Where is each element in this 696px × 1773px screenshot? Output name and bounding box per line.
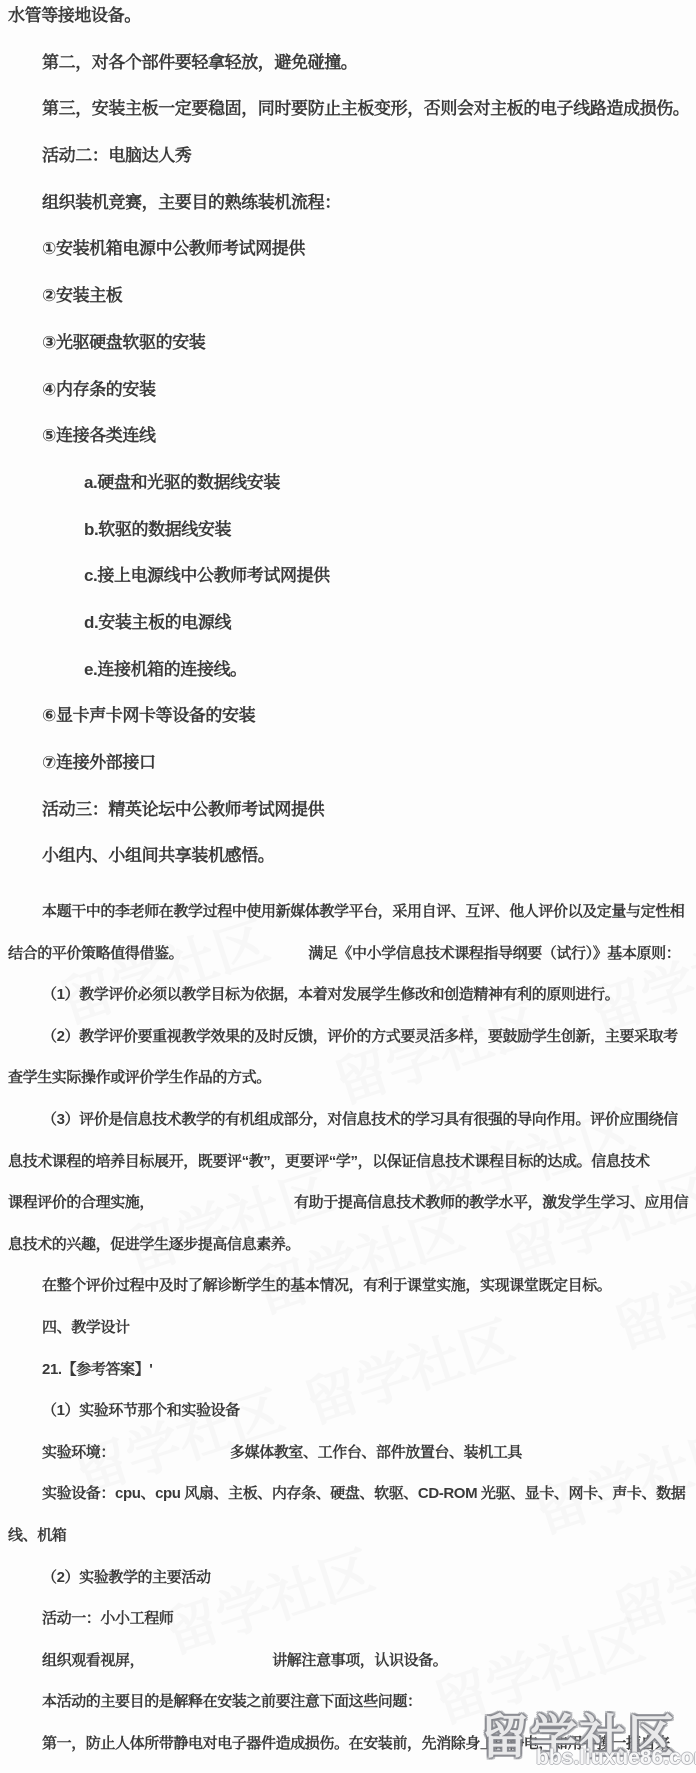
text-run: （2）实验教学的主要活动 (42, 1569, 211, 1586)
document-line: 四、教学设计 (8, 1318, 696, 1360)
text-run: d.安装主板的电源线 (84, 613, 231, 632)
document-line: b.软驱的数据线安装 (8, 519, 696, 566)
document-line: ⑦连接外部接口 (8, 752, 696, 799)
text-run: 第二，对各个部件要轻拿轻放，避免碰撞。 (42, 53, 357, 72)
text-run: 课程评价的合理实施， (8, 1194, 154, 1211)
document-line: （1）教学评价必须以教学目标为依据，本着对发展学生修改和创造精神有利的原则进行。 (8, 985, 696, 1027)
text-run: 多媒体教室、工作台、部件放置台、装机工具 (230, 1444, 522, 1461)
text-run: 本活动的主要目的是解释在安装之前要注意下面这些问题： (42, 1693, 422, 1710)
document-line: d.安装主板的电源线 (8, 612, 696, 659)
document-line: （1）实验环节那个和实验设备 (8, 1401, 696, 1443)
text-run: 有助于提高信息技术教师的教学水平，激发学生学习、应用信 (294, 1194, 688, 1211)
document-line: 课程评价的合理实施，有助于提高信息技术教师的教学水平，激发学生学习、应用信 (8, 1193, 696, 1235)
document-line: ②安装主板 (8, 285, 696, 332)
document-line: 在整个评价过程中及时了解诊断学生的基本情况，有利于课堂实施，实现课堂既定目标。 (8, 1276, 696, 1318)
text-run: 查学生实际操作或评价学生作品的方式。 (8, 1069, 271, 1086)
text-run: 结合的平价策略值得借鉴。 (8, 945, 183, 962)
text-run: ①安装机箱电源中公教师考试网提供 (42, 239, 305, 258)
whitespace-gap (144, 1664, 272, 1665)
document-line: 本题干中的李老师在教学过程中使用新媒体教学平台，采用自评、互评、他人评价以及定量… (8, 902, 696, 944)
text-run: 第三，安装主板一定要稳固，同时要防止主板变形，否则会对主板的电子线路造成损伤。 (42, 99, 689, 118)
text-run: ⑦连接外部接口 (42, 753, 156, 772)
text-run: b.软驱的数据线安装 (84, 520, 231, 539)
text-run: 四、教学设计 (42, 1319, 130, 1336)
text-run: 讲解注意事项，认识设备。 (272, 1652, 447, 1669)
text-run: 小组内、小组间共享装机感悟。 (42, 846, 274, 865)
text-run: c.接上电源线中公教师考试网提供 (84, 566, 330, 585)
document-line: 实验环境：多媒体教室、工作台、部件放置台、装机工具 (8, 1443, 696, 1485)
document-line: 活动二：电脑达人秀 (8, 145, 696, 192)
document-line: （3）评价是信息技术教学的有机组成部分，对信息技术的学习具有很强的导向作用。评价… (8, 1110, 696, 1152)
document-content: 水管等接地设备。第二，对各个部件要轻拿轻放，避免碰撞。第三，安装主板一定要稳固，… (8, 5, 696, 1773)
document-line: （2）实验教学的主要活动 (8, 1568, 696, 1610)
document-page: 留学社区留学社区留学社区留学社区留学社区留学社区留学社区留学社区留学社区留学社区… (0, 0, 696, 1773)
text-run: ②安装主板 (42, 286, 122, 305)
text-run: 实验设备：cpu、cpu 风扇、主板、内存条、硬盘、软驱、CD-ROM 光驱、显… (42, 1485, 685, 1502)
document-line: ④内存条的安装 (8, 379, 696, 426)
document-line: 第三，安装主板一定要稳固，同时要防止主板变形，否则会对主板的电子线路造成损伤。 (8, 98, 696, 145)
document-line: 查学生实际操作或评价学生作品的方式。 (8, 1068, 696, 1110)
text-run: e.连接机箱的连接线。 (84, 660, 247, 679)
document-section: 本题干中的李老师在教学过程中使用新媒体教学平台，采用自评、互评、他人评价以及定量… (8, 902, 696, 1773)
document-line: 活动三：精英论坛中公教师考试网提供 (8, 799, 696, 846)
text-run: （1）教学评价必须以教学目标为依据，本着对发展学生修改和创造精神有利的原则进行。 (42, 986, 619, 1003)
document-line: 活动一：小小工程师 (8, 1609, 696, 1651)
document-line: ③光驱硬盘软驱的安装 (8, 332, 696, 379)
document-line: 组织装机竞赛，主要目的熟练装机流程： (8, 192, 696, 239)
whitespace-gap (154, 1206, 294, 1207)
text-run: 组织装机竞赛，主要目的熟练装机流程： (42, 193, 341, 212)
text-run: 活动二：电脑达人秀 (42, 146, 191, 165)
text-run: ③光驱硬盘软驱的安装 (42, 333, 205, 352)
document-section: 水管等接地设备。第二，对各个部件要轻拿轻放，避免碰撞。第三，安装主板一定要稳固，… (8, 5, 696, 892)
whitespace-gap (115, 1456, 230, 1457)
document-line: 息技术的兴趣，促进学生逐步提高信息素养。 (8, 1235, 696, 1277)
text-run: 息技术的兴趣，促进学生逐步提高信息素养。 (8, 1236, 300, 1253)
document-line: a.硬盘和光驱的数据线安装 (8, 472, 696, 519)
text-run: （3）评价是信息技术教学的有机组成部分，对信息技术的学习具有很强的导向作用。评价… (42, 1111, 678, 1128)
document-line: ①安装机箱电源中公教师考试网提供 (8, 238, 696, 285)
text-run: 水管等接地设备。 (8, 6, 141, 25)
document-line: 组织观看视屏，讲解注意事项，认识设备。 (8, 1651, 696, 1693)
document-line: 小组内、小组间共享装机感悟。 (8, 845, 696, 892)
text-run: 在整个评价过程中及时了解诊断学生的基本情况，有利于课堂实施，实现课堂既定目标。 (42, 1277, 611, 1294)
text-run: 活动三：精英论坛中公教师考试网提供 (42, 800, 324, 819)
text-run: 组织观看视屏， (42, 1652, 144, 1669)
text-run: （2）教学评价要重视教学效果的及时反馈，评价的方式要灵活多样，要鼓励学生创新，主… (42, 1028, 678, 1045)
document-line: 实验设备：cpu、cpu 风扇、主板、内存条、硬盘、软驱、CD-ROM 光驱、显… (8, 1484, 696, 1526)
document-line: 第二，对各个部件要轻拿轻放，避免碰撞。 (8, 52, 696, 99)
document-line: 水管等接地设备。 (8, 5, 696, 52)
text-run: 满足《中小学信息技术课程指导纲要（试行）》基本原则： (308, 945, 680, 962)
text-run: 活动一：小小工程师 (42, 1610, 173, 1627)
text-run: ⑤连接各类连线 (42, 426, 156, 445)
document-line: （2）教学评价要重视教学效果的及时反馈，评价的方式要灵活多样，要鼓励学生创新，主… (8, 1027, 696, 1069)
text-run: 21.【参考答案】' (42, 1361, 152, 1378)
document-line: 结合的平价策略值得借鉴。满足《中小学信息技术课程指导纲要（试行）》基本原则： (8, 944, 696, 986)
document-line: 线、机箱 (8, 1526, 696, 1568)
document-line: 息技术课程的培养目标展开，既要评“教”，更要评“学”，以保证信息技术课程目标的达… (8, 1152, 696, 1194)
whitespace-gap (183, 957, 308, 958)
document-line: ⑥显卡声卡网卡等设备的安装 (8, 705, 696, 752)
document-line: e.连接机箱的连接线。 (8, 659, 696, 706)
text-run: 本题干中的李老师在教学过程中使用新媒体教学平台，采用自评、互评、他人评价以及定量… (42, 903, 684, 920)
text-run: 息技术课程的培养目标展开，既要评“教”，更要评“学”，以保证信息技术课程目标的达… (8, 1153, 650, 1170)
document-line: c.接上电源线中公教师考试网提供 (8, 565, 696, 612)
document-line: 21.【参考答案】' (8, 1360, 696, 1402)
document-line: ⑤连接各类连线 (8, 425, 696, 472)
text-run: ④内存条的安装 (42, 380, 156, 399)
text-run: a.硬盘和光驱的数据线安装 (84, 473, 280, 492)
site-watermark-url: bbs.liuxue86.com (536, 1746, 696, 1770)
text-run: 线、机箱 (8, 1527, 66, 1544)
text-run: 实验环境： (42, 1444, 115, 1461)
text-run: （1）实验环节那个和实验设备 (42, 1402, 240, 1419)
text-run: ⑥显卡声卡网卡等设备的安装 (42, 706, 255, 725)
